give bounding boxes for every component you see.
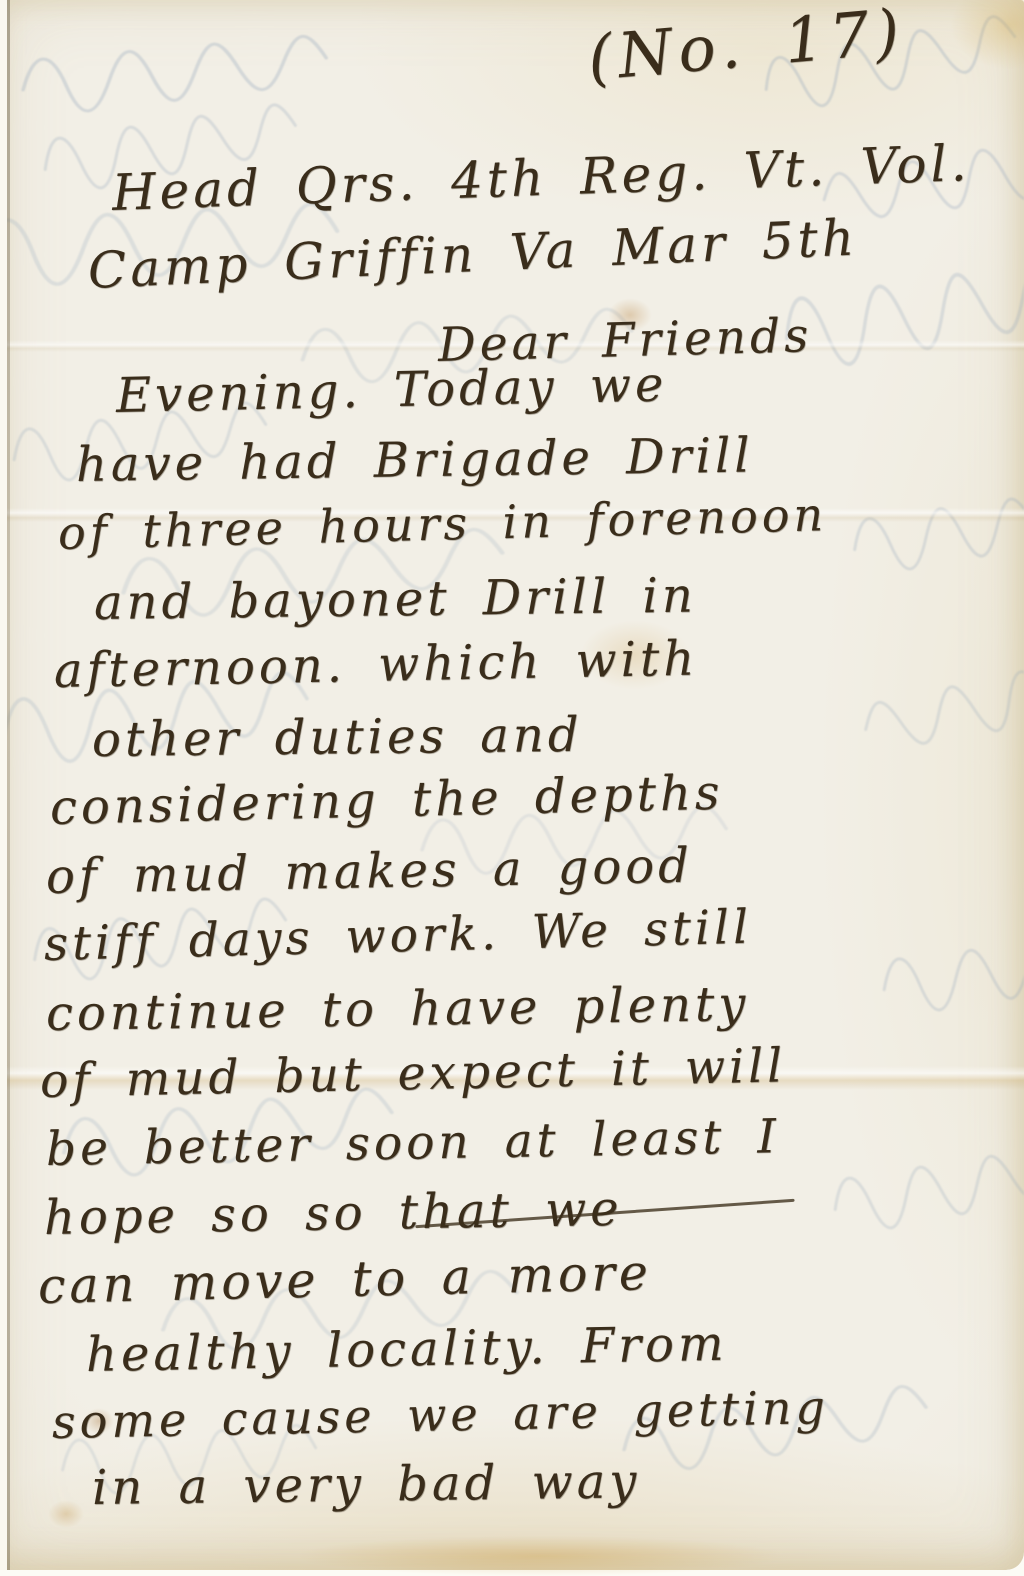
letter-line: of mud but expect it will	[39, 1038, 786, 1109]
letter-line: some cause we are getting	[51, 1380, 829, 1449]
letter-line: and bayonet Drill in	[94, 568, 697, 631]
paper-left-edge-line	[7, 0, 10, 1570]
letter-line: in a very bad way	[92, 1453, 641, 1516]
letter-line: continue to have plenty	[46, 976, 750, 1042]
letter-line: of mud makes a good	[46, 838, 694, 905]
letter-line: hope so so that we	[44, 1181, 623, 1246]
stain-spot	[48, 1500, 84, 1528]
letter-line: can move to a more	[37, 1244, 652, 1315]
letter-line: of three hours in forenoon	[57, 487, 827, 560]
letter-line: other duties and	[92, 707, 583, 768]
letter-line: Evening. Today we	[115, 356, 667, 424]
page-number: (No. 17)	[585, 0, 908, 95]
letter-line: stiff days work. We still	[43, 900, 752, 972]
letter-line: considering the depths	[49, 765, 724, 836]
letter-line: have had Brigade Drill	[76, 428, 754, 493]
paper-left-margin-edge	[0, 0, 7, 1570]
heading-line-2: Camp Griffin Va Mar 5th	[87, 208, 859, 300]
stain-corner-top-right	[950, 0, 1024, 70]
letter-line: afternoon. which with	[53, 631, 698, 699]
letter-page: (No. 17) Head Qrs. 4th Reg. Vt. Vol. Cam…	[0, 0, 1024, 1570]
letter-line: be better soon at least I	[46, 1109, 781, 1177]
stain-band-bottom	[300, 1536, 780, 1570]
letter-line: healthy locality. From	[86, 1316, 728, 1383]
